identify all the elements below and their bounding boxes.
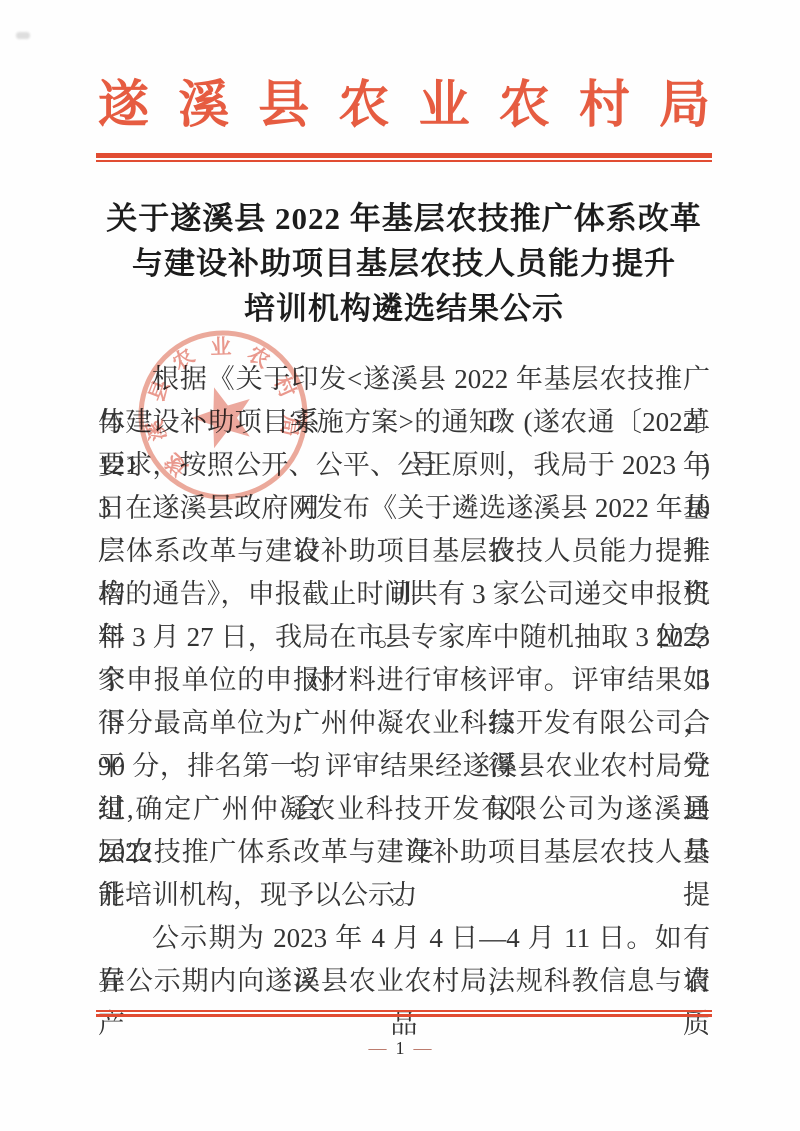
footer-divider-line	[96, 1010, 712, 1017]
body-line: 90 分，排名第一。评审结果经遂溪县农业农村局党组会议通	[98, 745, 710, 788]
body-line: 层农技推广体系改革与建设补助项目基层农技人员能力提	[98, 831, 710, 874]
page-number-dash-left: —	[369, 1038, 387, 1058]
document-title: 关于遂溪县 2022 年基层农技推广体系改革 与建设补助项目基层农技人员能力提升…	[98, 196, 710, 331]
scan-artifact	[16, 32, 30, 39]
official-seal: 遂溪县农业农村局	[126, 318, 320, 512]
letterhead-bureau-name: 遂溪县农业农村局	[98, 76, 710, 136]
document-page: 遂溪县农业农村局 关于遂溪县 2022 年基层农技推广体系改革 与建设补助项目基…	[0, 0, 800, 1131]
letterhead-divider-line	[96, 153, 712, 162]
body-line: 个申报单位的申报材料进行审核评审。评审结果如下：综合	[98, 659, 710, 702]
divider-thin-line	[96, 160, 712, 162]
body-line: 在公示期内向遂溪县农业农村局法规科教信息与农产品质	[98, 960, 710, 1003]
page-number-dash-right: —	[414, 1038, 432, 1058]
title-line-2: 与建设补助项目基层农技人员能力提升	[98, 241, 710, 286]
body-line: 构的通告》，申报截止时间共有 3 家公司递交申报资料。2023	[98, 573, 710, 616]
body-line: 广体系改革与建设补助项目基层农技人员能力提升培训机	[98, 530, 710, 573]
body-line: 公示期为 2023 年 4 月 4 日—4 月 11 日。如有异议，请	[98, 917, 710, 960]
title-line-1: 关于遂溪县 2022 年基层农技推广体系改革	[98, 196, 710, 241]
divider-thick-line	[96, 1014, 712, 1017]
body-line: 年 3 月 27 日，我局在市县专家库中随机抽取 3 位专家对 3	[98, 616, 710, 659]
seal-star-icon	[185, 378, 261, 452]
page-number: —1—	[0, 1036, 800, 1060]
page-number-value: 1	[396, 1038, 405, 1058]
body-line: 过,确定广州仲凝农业科技开发有限公司为遂溪县 2022 年基	[98, 788, 710, 831]
body-line: 得分最高单位为广州仲凝农业科技开发有限公司，平均得分	[98, 702, 710, 745]
